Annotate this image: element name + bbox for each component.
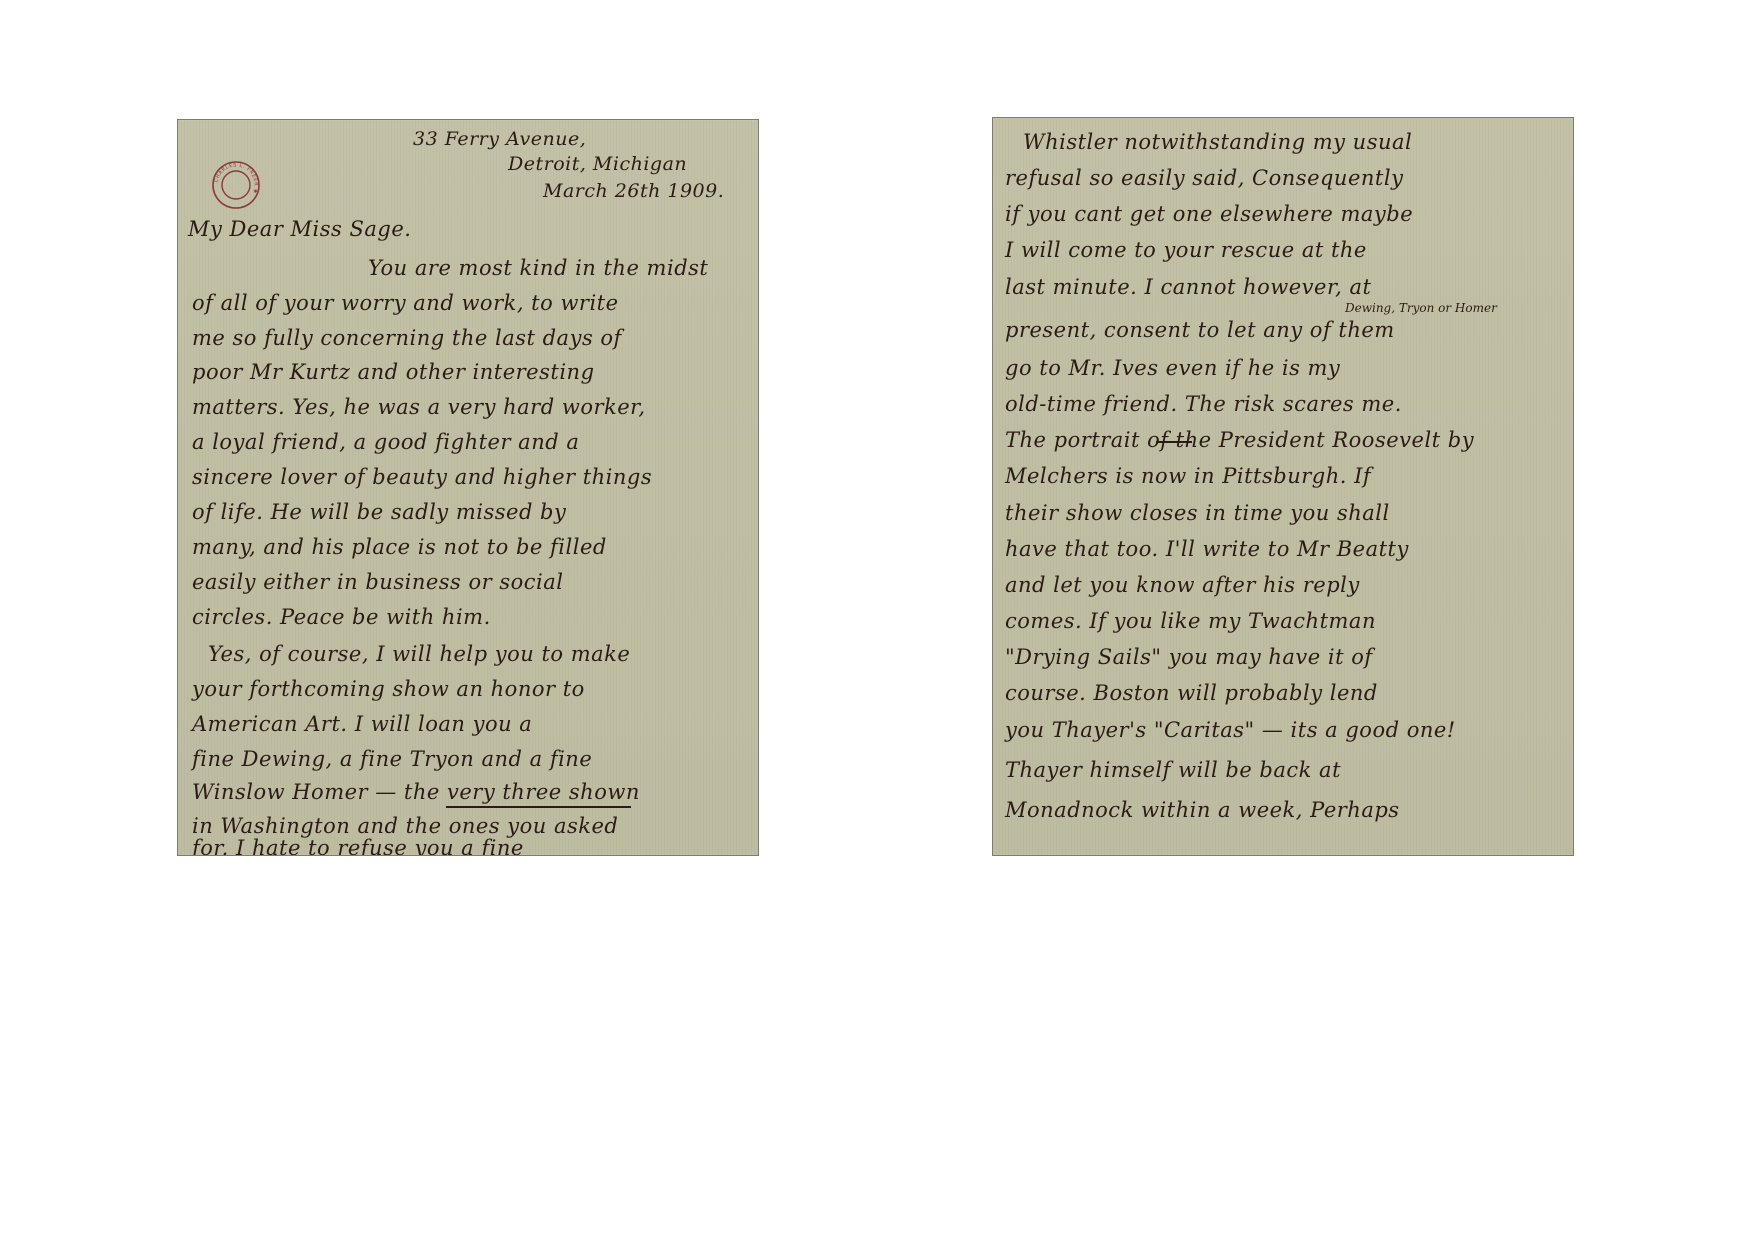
body-line: you Thayer's "Caritas" — its a good one! xyxy=(1005,718,1456,742)
body-line: Whistler notwithstanding my usual xyxy=(1023,130,1412,154)
body-line: go to Mr. Ives even if he is my xyxy=(1005,356,1340,380)
body-line: fine Dewing, a fine Tryon and a fine xyxy=(192,747,592,771)
body-line: many, and his place is not to be filled xyxy=(192,535,607,559)
body-line: comes. If you like my Twachtman xyxy=(1005,609,1376,633)
freer-seal-icon: CHARLES L. FREER ✱ xyxy=(211,160,261,210)
body-line: Monadnock within a week, Perhaps xyxy=(1005,798,1400,822)
strikethrough-stroke xyxy=(1156,441,1192,443)
body-line: poor Mr Kurtz and other interesting xyxy=(192,360,595,384)
body-line: of all of your worry and work, to write xyxy=(192,291,619,315)
underline-stroke xyxy=(446,806,631,808)
address-city: Detroit, Michigan xyxy=(508,153,687,175)
body-line: refusal so easily said, Consequently xyxy=(1005,166,1403,190)
body-line: if you cant get one elsewhere maybe xyxy=(1005,202,1413,226)
body-line: You are most kind in the midst xyxy=(368,256,708,280)
body-line: your forthcoming show an honor to xyxy=(192,677,585,701)
body-line: old-time friend. The risk scares me. xyxy=(1005,392,1402,416)
body-line: and let you know after his reply xyxy=(1005,573,1360,597)
body-line: easily either in business or social xyxy=(192,570,564,594)
body-line: Yes, of course, I will help you to make xyxy=(208,642,630,666)
body-line: their show closes in time you shall xyxy=(1005,501,1390,525)
body-line: in Washington and the ones you asked xyxy=(192,814,618,838)
body-line: sincere lover of beauty and higher thing… xyxy=(192,465,652,489)
body-line: a loyal friend, a good fighter and a xyxy=(192,430,579,454)
letter-date: March 26th 1909. xyxy=(543,180,724,202)
body-line: Winslow Homer — the very three shown xyxy=(192,780,640,804)
body-line: last minute. I cannot however, at xyxy=(1005,275,1372,299)
interlinear-insert: Dewing, Tryon or Homer xyxy=(1345,301,1497,315)
body-line: Thayer himself will be back at xyxy=(1005,758,1341,782)
body-line: for. I hate to refuse you a fine xyxy=(192,836,524,856)
body-line: I will come to your rescue at the xyxy=(1005,238,1367,262)
body-line: Melchers is now in Pittsburgh. If xyxy=(1005,464,1371,488)
body-line: course. Boston will probably lend xyxy=(1005,681,1378,705)
body-line: The portrait of the President Roosevelt … xyxy=(1005,428,1474,452)
body-line: circles. Peace be with him. xyxy=(192,605,491,629)
body-line: of life. He will be sadly missed by xyxy=(192,500,566,524)
body-line: "Drying Sails" you may have it of xyxy=(1005,645,1373,669)
body-line: matters. Yes, he was a very hard worker, xyxy=(192,395,646,419)
body-line: American Art. I will loan you a xyxy=(192,712,532,736)
body-line: present, consent to let any of them xyxy=(1005,318,1395,342)
address-street: 33 Ferry Avenue, xyxy=(413,128,586,150)
letter-page-2: Whistler notwithstanding my usual refusa… xyxy=(992,117,1574,856)
body-line: have that too. I'll write to Mr Beatty xyxy=(1005,537,1409,561)
body-line: me so fully concerning the last days of xyxy=(192,326,622,350)
salutation: My Dear Miss Sage. xyxy=(188,217,411,241)
letter-page-1: CHARLES L. FREER ✱ 33 Ferry Avenue, Detr… xyxy=(177,119,759,856)
